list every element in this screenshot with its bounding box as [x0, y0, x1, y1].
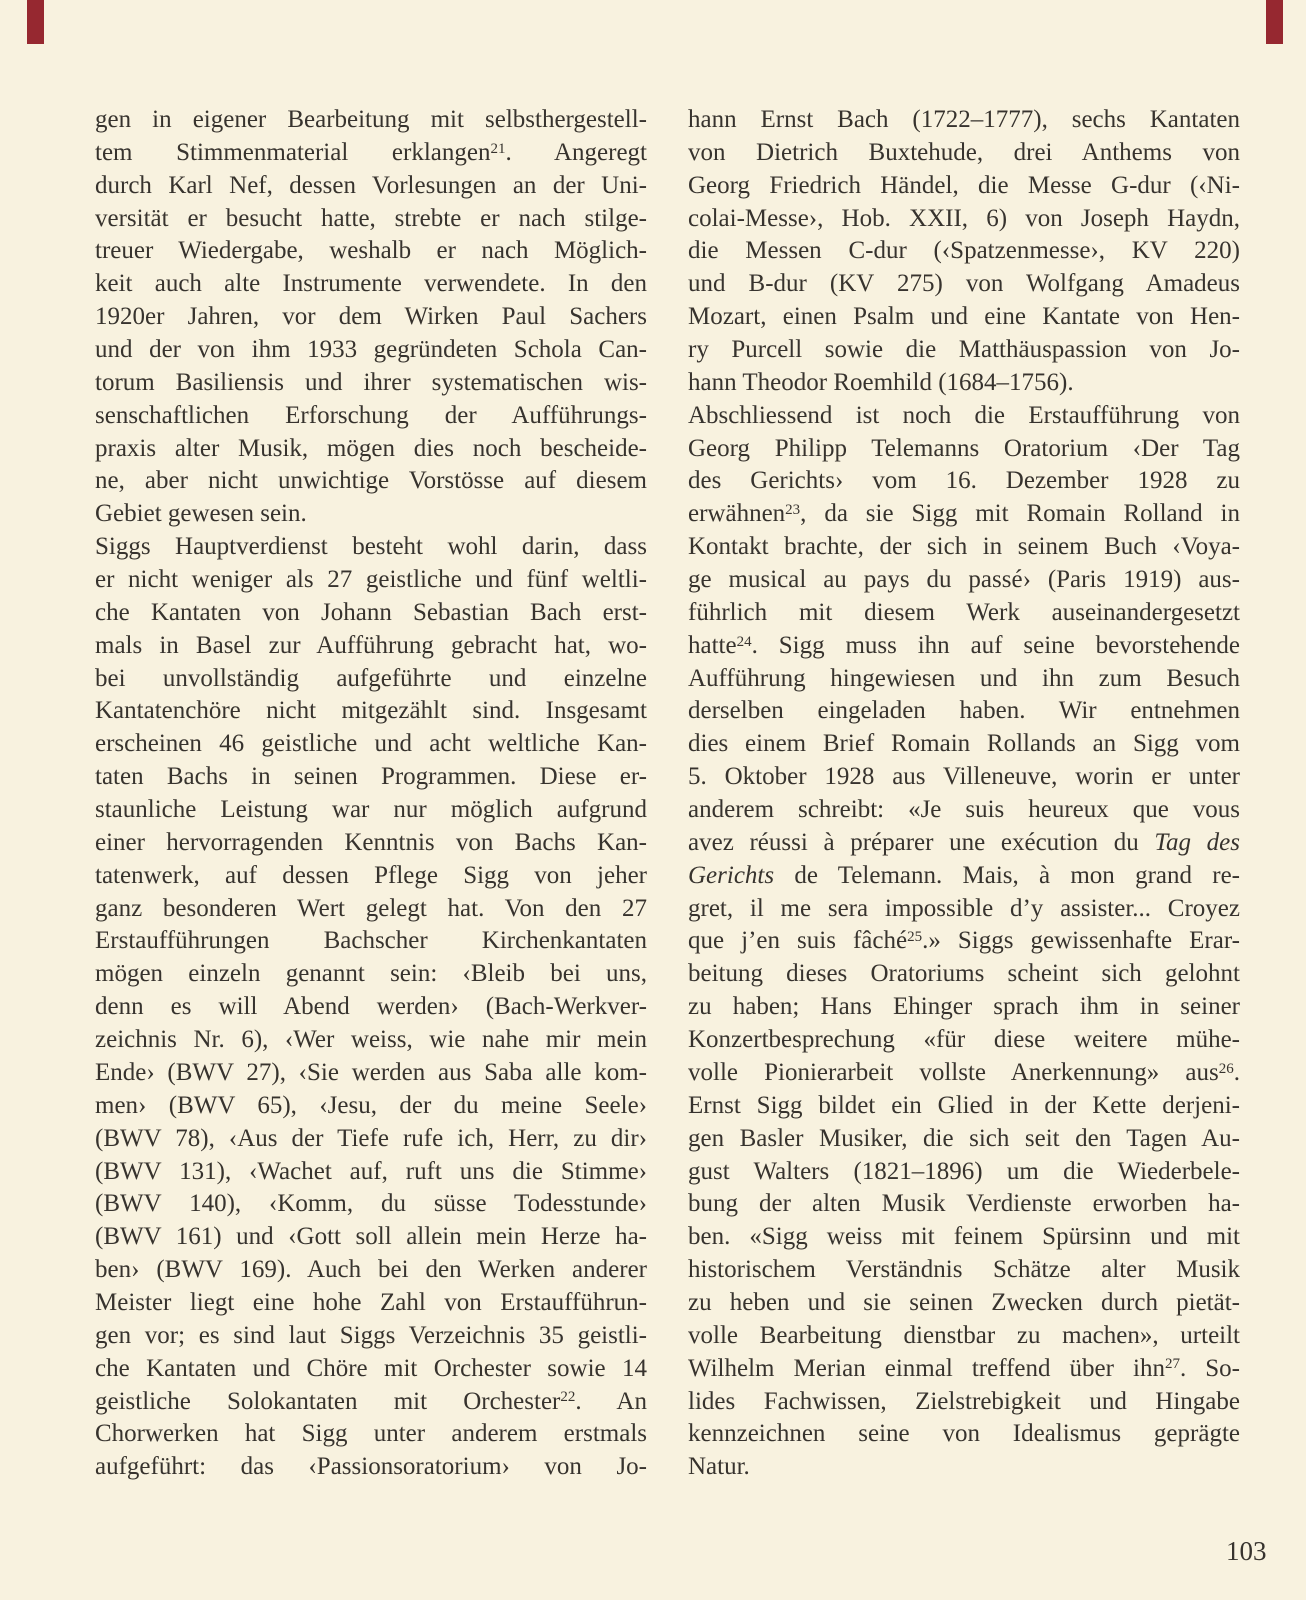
text-line: und der von ihm 1933 gegründeten Schola …	[95, 334, 647, 367]
text-line: zu haben; Hans Ehinger sprach ihm in sei…	[688, 991, 1240, 1024]
text-line: Georg Philipp Telemanns Oratorium ‹Der T…	[688, 433, 1240, 466]
text-line: men› (BWV 65), ‹Jesu, der du meine Seele…	[95, 1090, 647, 1123]
text-line: gust Walters (1821–1896) um die Wiederbe…	[688, 1156, 1240, 1189]
text-line: versität er besucht hatte, strebte er na…	[95, 203, 647, 236]
scan-corner-mark-left	[27, 0, 44, 44]
scan-corner-mark-right	[1266, 0, 1283, 44]
column-right: hann Ernst Bach (1722–1777), sechs Kanta…	[688, 104, 1240, 1484]
text-line: und B-dur (KV 275) von Wolfgang Amadeus	[688, 268, 1240, 301]
text-line: Mozart, einen Psalm und eine Kantate von…	[688, 301, 1240, 334]
text-line: hann Theodor Roemhild (1684–1756).	[688, 367, 1240, 400]
text-line: colai-Messe›, Hob. XXII, 6) von Joseph H…	[688, 203, 1240, 236]
text-line: Ernst Sigg bildet ein Glied in der Kette…	[688, 1090, 1240, 1123]
text-line: gen Basler Musiker, die sich seit den Ta…	[688, 1123, 1240, 1156]
text-line: erscheinen 46 geistliche und acht weltli…	[95, 728, 647, 761]
text-line: (BWV 78), ‹Aus der Tiefe rufe ich, Herr,…	[95, 1123, 647, 1156]
text-line: Erstaufführungen Bachscher Kirchenkantat…	[95, 925, 647, 958]
text-line: keit auch alte Instrumente verwendete. I…	[95, 268, 647, 301]
text-line: praxis alter Musik, mögen dies noch besc…	[95, 433, 647, 466]
text-line: zeichnis Nr. 6), ‹Wer weiss, wie nahe mi…	[95, 1024, 647, 1057]
text-line: che Kantaten von Johann Sebastian Bach e…	[95, 597, 647, 630]
column-left: gen in eigener Bearbeitung mit selbsther…	[95, 104, 647, 1484]
text-line: 5. Oktober 1928 aus Villeneuve, worin er…	[688, 761, 1240, 794]
text-line: die Messen C-dur (‹Spatzenmesse›, KV 220…	[688, 235, 1240, 268]
text-line: durch Karl Nef, dessen Vorlesungen an de…	[95, 170, 647, 203]
text-line: bei unvollständig aufgeführte und einzel…	[95, 663, 647, 696]
text-line: Meister liegt eine hohe Zahl von Erstauf…	[95, 1287, 647, 1320]
text-line: (BWV 161) und ‹Gott soll allein mein Her…	[95, 1221, 647, 1254]
text-line: aufgeführt: das ‹Passionsoratorium› von …	[95, 1451, 647, 1484]
text-line: derselben eingeladen haben. Wir entnehme…	[688, 695, 1240, 728]
text-line: des Gerichts› vom 16. Dezember 1928 zu	[688, 465, 1240, 498]
text-line: hatte24. Sigg muss ihn auf seine bevorst…	[688, 630, 1240, 663]
text-line: bung der alten Musik Verdienste erworben…	[688, 1188, 1240, 1221]
text-line: gen vor; es sind laut Siggs Verzeichnis …	[95, 1320, 647, 1353]
text-line: che Kantaten und Chöre mit Orchester sow…	[95, 1353, 647, 1386]
text-line: geistliche Solokantaten mit Orchester22.…	[95, 1386, 647, 1419]
text-line: volle Pionierarbeit vollste Anerkennung»…	[688, 1057, 1240, 1090]
page-number: 103	[1226, 1536, 1267, 1567]
text-line: lides Fachwissen, Zielstrebigkeit und Hi…	[688, 1386, 1240, 1419]
text-line: Natur.	[688, 1451, 1240, 1484]
text-line: volle Bearbeitung dienstbar zu machen», …	[688, 1320, 1240, 1353]
text-line: historischem Verständnis Schätze alter M…	[688, 1254, 1240, 1287]
text-line: tatenwerk, auf dessen Pflege Sigg von je…	[95, 860, 647, 893]
text-line: tem Stimmenmaterial erklangen21. Angereg…	[95, 137, 647, 170]
text-line: (BWV 140), ‹Komm, du süsse Todesstunde›	[95, 1188, 647, 1221]
text-line: gen in eigener Bearbeitung mit selbsther…	[95, 104, 647, 137]
text-line: dies einem Brief Romain Rollands an Sigg…	[688, 728, 1240, 761]
text-line: kennzeichnen seine von Idealismus gepräg…	[688, 1418, 1240, 1451]
text-line: torum Basiliensis und ihrer systematisch…	[95, 367, 647, 400]
text-line: Gebiet gewesen sein.	[95, 498, 647, 531]
text-line: ben› (BWV 169). Auch bei den Werken ande…	[95, 1254, 647, 1287]
text-line: Aufführung hingewiesen und ihn zum Besuc…	[688, 663, 1240, 696]
text-line: Wilhelm Merian einmal treffend über ihn2…	[688, 1353, 1240, 1386]
text-line: ry Purcell sowie die Matthäuspassion von…	[688, 334, 1240, 367]
text-line: Georg Friedrich Händel, die Messe G-dur …	[688, 170, 1240, 203]
text-line: Gerichts de Telemann. Mais, à mon grand …	[688, 860, 1240, 893]
text-line: er nicht weniger als 27 geistliche und f…	[95, 564, 647, 597]
text-line: que j’en suis fâché25.» Siggs gewissenha…	[688, 925, 1240, 958]
text-line: ben. «Sigg weiss mit feinem Spürsinn und…	[688, 1221, 1240, 1254]
text-line: Kantatenchöre nicht mitgezählt sind. Ins…	[95, 695, 647, 728]
text-line: Ende› (BWV 27), ‹Sie werden aus Saba all…	[95, 1057, 647, 1090]
text-line: 1920er Jahren, vor dem Wirken Paul Sache…	[95, 301, 647, 334]
text-line: staunliche Leistung war nur möglich aufg…	[95, 794, 647, 827]
text-line: senschaftlichen Erforschung der Aufführu…	[95, 400, 647, 433]
text-line: ge musical au pays du passé› (Paris 1919…	[688, 564, 1240, 597]
text-line: Konzertbesprechung «für diese weitere mü…	[688, 1024, 1240, 1057]
text-line: mals in Basel zur Aufführung gebracht ha…	[95, 630, 647, 663]
text-line: zu heben und sie seinen Zwecken durch pi…	[688, 1287, 1240, 1320]
text-line: hann Ernst Bach (1722–1777), sechs Kanta…	[688, 104, 1240, 137]
text-line: beitung dieses Oratoriums scheint sich g…	[688, 958, 1240, 991]
text-line: Abschliessend ist noch die Erstaufführun…	[688, 400, 1240, 433]
text-line: (BWV 131), ‹Wachet auf, ruft uns die Sti…	[95, 1156, 647, 1189]
text-line: Siggs Hauptverdienst besteht wohl darin,…	[95, 531, 647, 564]
text-line: denn es will Abend werden› (Bach-Werkver…	[95, 991, 647, 1024]
text-line: einer hervorragenden Kenntnis von Bachs …	[95, 827, 647, 860]
text-line: treuer Wiedergabe, weshalb er nach Mögli…	[95, 235, 647, 268]
text-line: taten Bachs in seinen Programmen. Diese …	[95, 761, 647, 794]
text-line: anderem schreibt: «Je suis heureux que v…	[688, 794, 1240, 827]
text-line: ganz besonderen Wert gelegt hat. Von den…	[95, 893, 647, 926]
text-line: Chorwerken hat Sigg unter anderem erstma…	[95, 1418, 647, 1451]
text-line: von Dietrich Buxtehude, drei Anthems von	[688, 137, 1240, 170]
text-line: gret, il me sera impossible d’y assister…	[688, 893, 1240, 926]
text-line: erwähnen23, da sie Sigg mit Romain Rolla…	[688, 498, 1240, 531]
text-line: avez réussi à préparer une exécution du …	[688, 827, 1240, 860]
text-line: ne, aber nicht unwichtige Vorstösse auf …	[95, 465, 647, 498]
text-line: mögen einzeln genannt sein: ‹Bleib bei u…	[95, 958, 647, 991]
text-line: Kontakt brachte, der sich in seinem Buch…	[688, 531, 1240, 564]
text-line: führlich mit diesem Werk auseinandergese…	[688, 597, 1240, 630]
